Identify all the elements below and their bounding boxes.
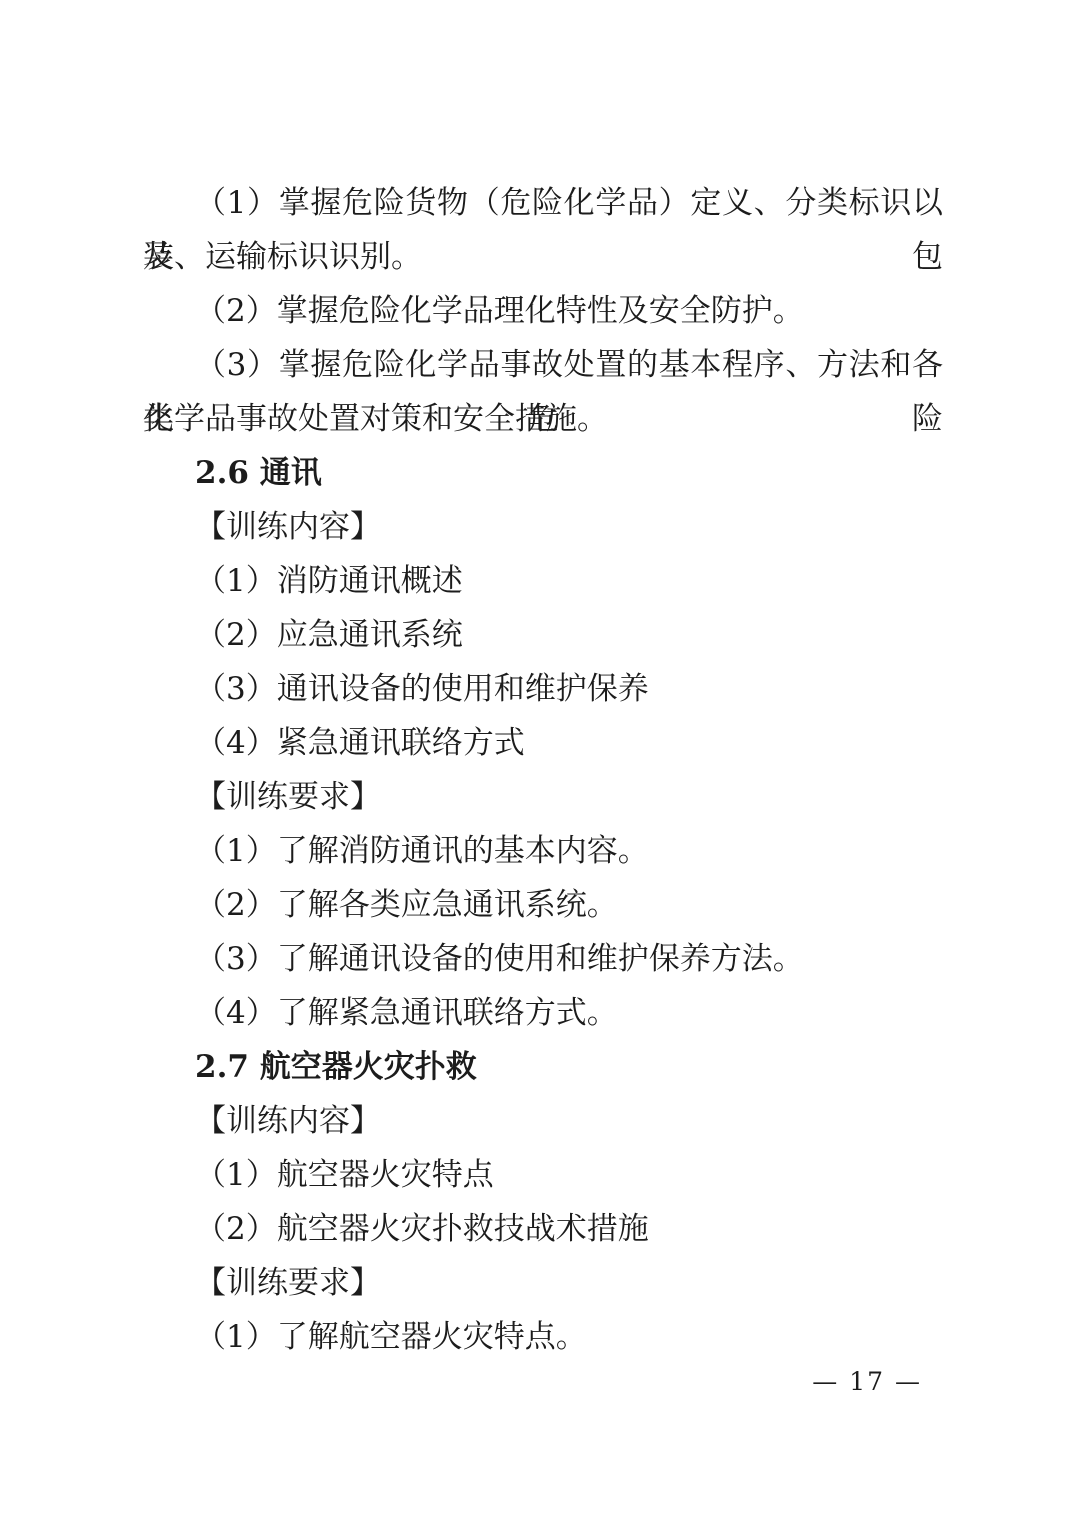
text-line: （3）了解通讯设备的使用和维护保养方法。 bbox=[143, 932, 943, 986]
text-line: （4）紧急通讯联络方式 bbox=[143, 716, 943, 770]
text-line: （1）消防通讯概述 bbox=[143, 554, 943, 608]
text-line: （2）应急通讯系统 bbox=[143, 608, 943, 662]
text-line: （2）了解各类应急通讯系统。 bbox=[143, 878, 943, 932]
text-line: 【训练要求】 bbox=[143, 770, 943, 824]
text-line: 2.6 通讯 bbox=[143, 446, 943, 500]
text-line: （1）航空器火灾特点 bbox=[143, 1148, 943, 1202]
text-line: （4）了解紧急通讯联络方式。 bbox=[143, 986, 943, 1040]
text-line: 2.7 航空器火灾扑救 bbox=[143, 1040, 943, 1094]
document-page: （1）掌握危险货物（危险化学品）定义、分类标识以及包装、运输标识识别。（2）掌握… bbox=[0, 0, 1080, 1528]
text-line: 【训练内容】 bbox=[143, 500, 943, 554]
text-line: （3）掌握危险化学品事故处置的基本程序、方法和各类危险 bbox=[143, 338, 943, 392]
text-line: （2）航空器火灾扑救技战术措施 bbox=[143, 1202, 943, 1256]
document-body: （1）掌握危险货物（危险化学品）定义、分类标识以及包装、运输标识识别。（2）掌握… bbox=[143, 176, 943, 1364]
text-line: （1）了解航空器火灾特点。 bbox=[143, 1310, 943, 1364]
text-line: （3）通讯设备的使用和维护保养 bbox=[143, 662, 943, 716]
page-number: — 17 — bbox=[812, 1362, 922, 1402]
text-line: （1）掌握危险货物（危险化学品）定义、分类标识以及包 bbox=[143, 176, 943, 230]
text-line: （2）掌握危险化学品理化特性及安全防护。 bbox=[143, 284, 943, 338]
text-line: 【训练要求】 bbox=[143, 1256, 943, 1310]
text-line: 【训练内容】 bbox=[143, 1094, 943, 1148]
text-line: （1）了解消防通讯的基本内容。 bbox=[143, 824, 943, 878]
